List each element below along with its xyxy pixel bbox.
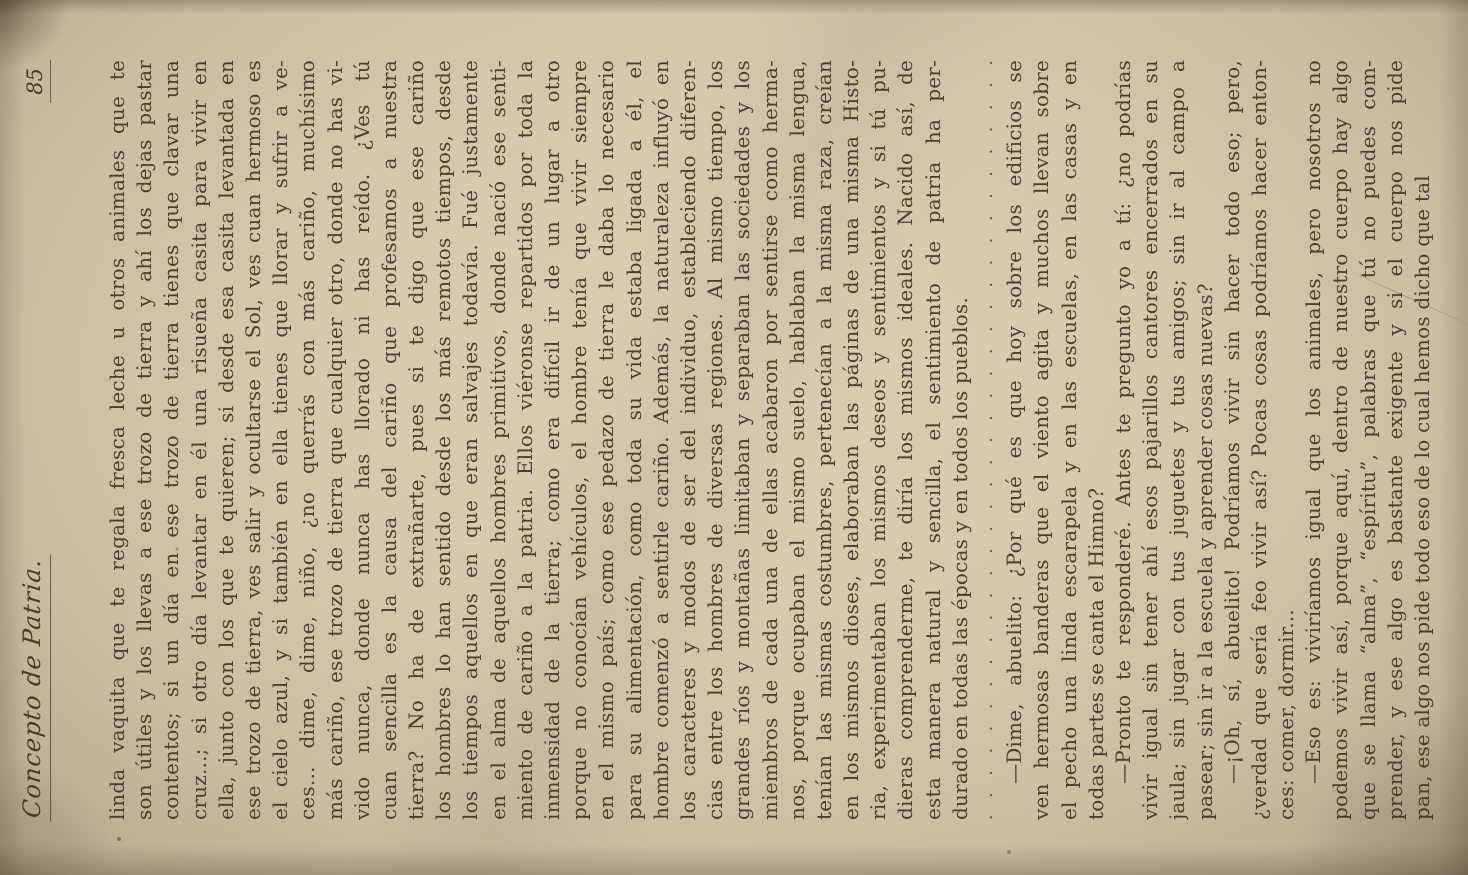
text-line: vido nunca, donde nunca has llorado ni h… bbox=[349, 60, 376, 820]
text-line: cruz...; si otro día levantar en él una … bbox=[186, 60, 213, 820]
text-line: podemos vivir así, porque aquí, dentro d… bbox=[1327, 60, 1354, 820]
text-line: cias entre los hombres de diversas regio… bbox=[702, 60, 729, 820]
text-line: hombre comenzó a sentirle cariño. Además… bbox=[648, 60, 675, 820]
text-line: —¡Oh, sí, abuelito! Podríamos vivir sin … bbox=[1219, 60, 1246, 820]
dotted-line: . . . . . . . . . . . . . . . . . . . . … bbox=[974, 60, 1001, 820]
text-line: miembros de cada una de ellas acabaron p… bbox=[757, 60, 784, 820]
text-line: todas partes se canta el Himno? bbox=[1083, 60, 1110, 820]
text-line: pasear; sin ir a la escuela y aprender c… bbox=[1192, 60, 1219, 820]
text-line: linda vaquita que te regala fresca leche… bbox=[104, 60, 131, 820]
text-line: los caracteres y modos de ser del indivi… bbox=[675, 60, 702, 820]
text-line: esta manera natural y sencilla, el senti… bbox=[920, 60, 947, 820]
text-line: —Eso es: viviríamos igual que los animal… bbox=[1300, 60, 1327, 820]
running-header-title: Concepto de Patria. bbox=[18, 551, 51, 822]
text-line: son útiles y los llevas a ese trozo de t… bbox=[131, 60, 158, 820]
text-line: pan, ese algo nos pide todo eso de lo cu… bbox=[1409, 60, 1436, 820]
text-line: tenían las mismas costumbres, pertenecía… bbox=[811, 60, 838, 820]
running-header: Concepto de Patria. 85 bbox=[18, 60, 51, 820]
text-line: cuan sencilla es la causa del cariño que… bbox=[376, 60, 403, 820]
text-line: ¿verdad que sería feo vivir así? Pocas c… bbox=[1246, 60, 1273, 820]
paragraph: linda vaquita que te regala fresca leche… bbox=[104, 60, 974, 820]
scanned-book-page: Concepto de Patria. 85 linda vaquita que… bbox=[0, 0, 1468, 875]
text-line: —Pronto te responderé. Antes te pregunto… bbox=[1110, 60, 1137, 820]
text-line: dieras comprenderme, te diría los mismos… bbox=[892, 60, 919, 820]
paragraph: —Eso es: viviríamos igual que los animal… bbox=[1300, 60, 1436, 820]
paragraph: —Pronto te responderé. Antes te pregunto… bbox=[1110, 60, 1219, 820]
text-line: los tiempos aquellos en que eran salvaje… bbox=[457, 60, 484, 820]
text-line: ria, experimentaban los mismos deseos y … bbox=[865, 60, 892, 820]
text-line: ese trozo de tierra, ves salir y ocultar… bbox=[240, 60, 267, 820]
rotated-page: Concepto de Patria. 85 linda vaquita que… bbox=[0, 0, 1468, 875]
text-line: porque no conocían vehículos, el hombre … bbox=[566, 60, 593, 820]
paragraph: —¡Oh, sí, abuelito! Podríamos vivir sin … bbox=[1219, 60, 1301, 820]
text-line: más cariño, ese trozo de tierra que cual… bbox=[322, 60, 349, 820]
text-line: miento de cariño a la patria. Ellos viér… bbox=[512, 60, 539, 820]
text-line: en el alma de aquellos hombres primitivo… bbox=[485, 60, 512, 820]
page-number: 85 bbox=[23, 60, 51, 103]
text-line: en el mismo país; como ese pedazo de tie… bbox=[593, 60, 620, 820]
text-line: en los mismos dioses, elaboraban las pág… bbox=[838, 60, 865, 820]
text-line: contentos; si un día en ese trozo de tie… bbox=[158, 60, 185, 820]
text-line: inmensidad de la tierra; como era difíci… bbox=[539, 60, 566, 820]
text-line: ven hermosas banderas que el viento agit… bbox=[1028, 60, 1055, 820]
text-line: vivir igual sin tener ahí esos pajarillo… bbox=[1137, 60, 1164, 820]
text-line: para su alimentación, como toda su vida … bbox=[621, 60, 648, 820]
text-line: ces... dime, dime, niño, ¿no querrás con… bbox=[294, 60, 321, 820]
text-line: ces: comer, dormir... bbox=[1273, 60, 1300, 820]
text-line: ella, junto con los que te quieren; si d… bbox=[213, 60, 240, 820]
text-line: el pecho una linda escarapela y en las e… bbox=[1056, 60, 1083, 820]
paragraph: —Dime, abuelito: ¿Por qué es que hoy sob… bbox=[1001, 60, 1110, 820]
text-line: los hombres lo han sentido desde los más… bbox=[430, 60, 457, 820]
text-line: que se llama “alma”, “espíritu”, palabra… bbox=[1355, 60, 1382, 820]
text-line: tierra? No ha de extrañarte, pues si te … bbox=[403, 60, 430, 820]
text-line: el cielo azul, y si también en ella tien… bbox=[267, 60, 294, 820]
text-line: jaula; sin jugar con tus juguetes y tus … bbox=[1164, 60, 1191, 820]
text-line: grandes ríos y montañas limitaban y sepa… bbox=[729, 60, 756, 820]
text-line: —Dime, abuelito: ¿Por qué es que hoy sob… bbox=[1001, 60, 1028, 820]
text-line: durado en todas las épocas y en todos lo… bbox=[947, 60, 974, 820]
page-text: linda vaquita que te regala fresca leche… bbox=[104, 60, 1436, 820]
dotted-separator: . . . . . . . . . . . . . . . . . . . . … bbox=[974, 60, 1001, 820]
text-line: nos, porque ocupaban el mismo suelo, hab… bbox=[784, 60, 811, 820]
text-line: prender, y ese algo es bastante exigente… bbox=[1382, 60, 1409, 820]
